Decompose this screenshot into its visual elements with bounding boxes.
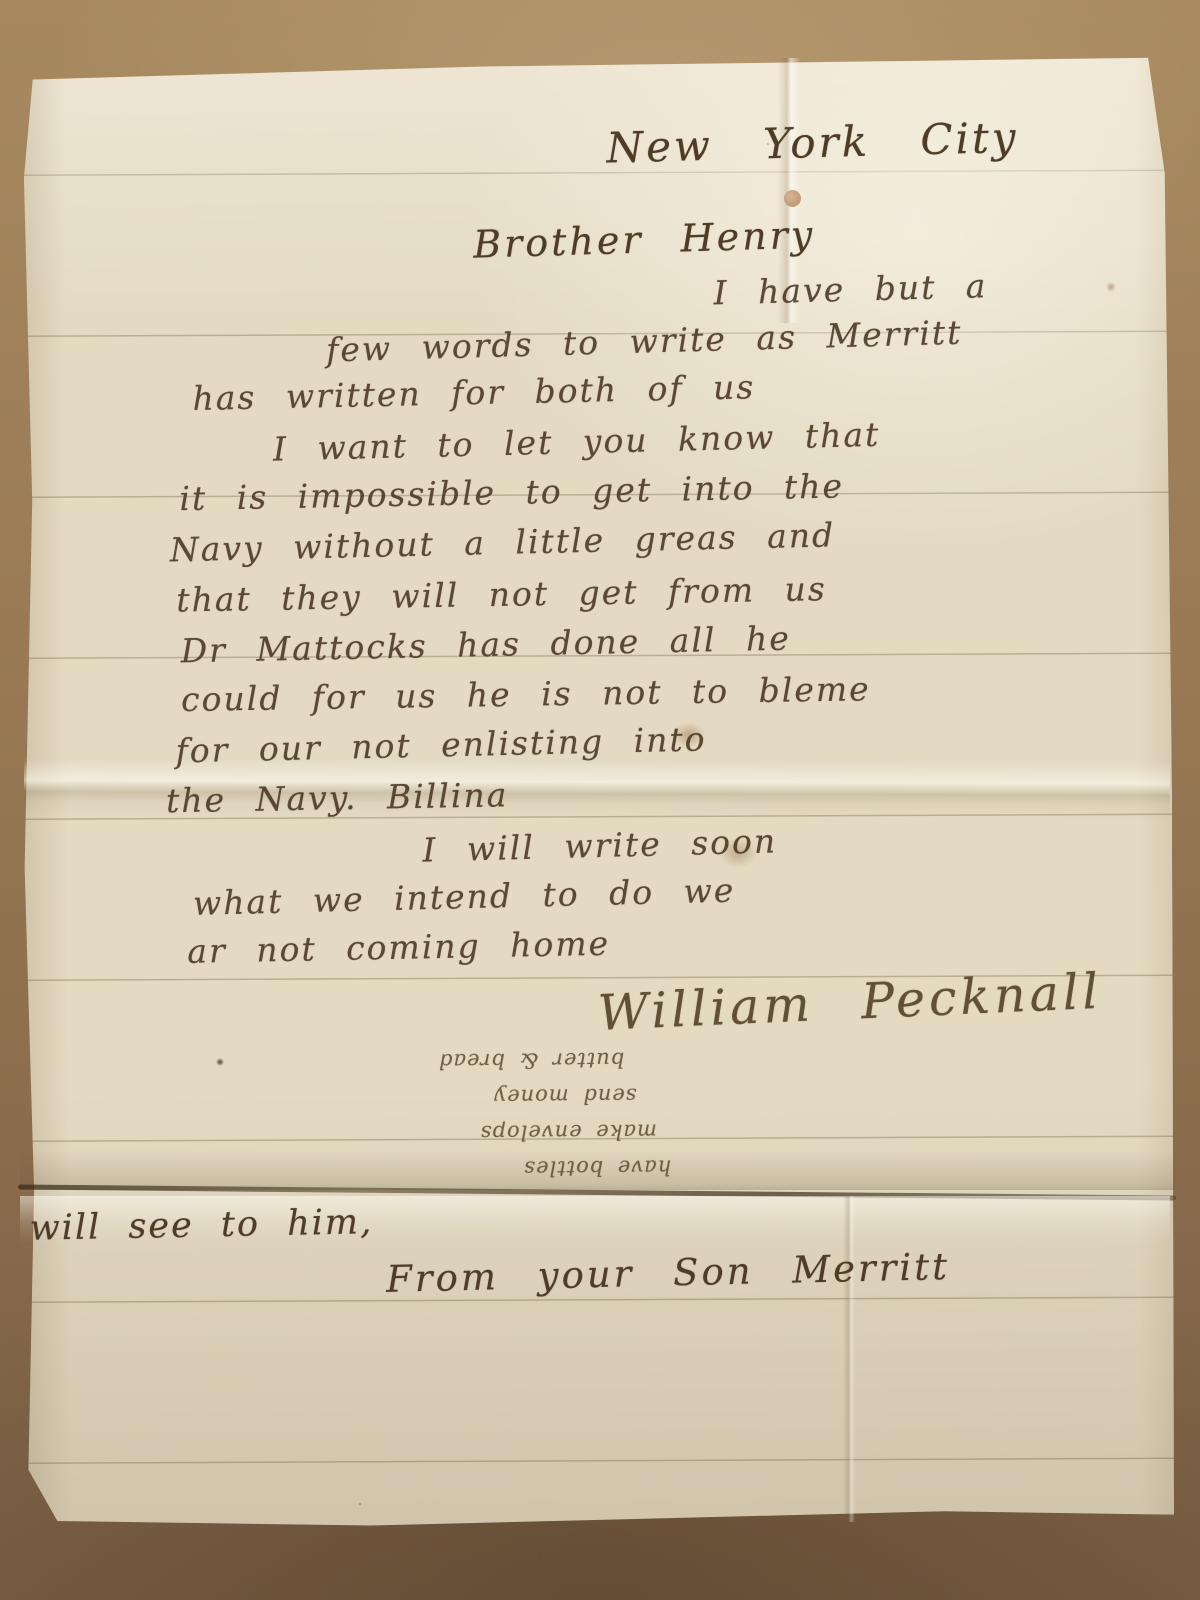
letter-line: Dr Mattocks has done all he bbox=[180, 619, 791, 671]
upside-down-side-note: have bottles make envelops send money bu… bbox=[334, 1017, 671, 1188]
letter-line: I want to let you know that bbox=[272, 415, 880, 469]
side-note-line: butter & bread bbox=[334, 1042, 624, 1081]
letter-closing: From your Son Merritt bbox=[386, 1245, 951, 1301]
letter-line: Navy without a little greas and bbox=[169, 515, 835, 569]
letter-line: for our not enlisting into bbox=[175, 719, 707, 770]
handwriting-layer: New York City Brother Henry I have but a… bbox=[0, 0, 1200, 1600]
letter-signature: William Pecknall bbox=[597, 963, 1103, 1042]
letter-place-line: New York City bbox=[606, 113, 1019, 173]
letter-postscript: will see to him, bbox=[29, 1202, 373, 1249]
letter-line: has written for both of us bbox=[192, 367, 756, 418]
letter-salutation: Brother Henry bbox=[473, 213, 816, 267]
side-note-line: have bottles bbox=[335, 1149, 671, 1188]
letter-line: that they will not get from us bbox=[176, 569, 827, 619]
letter-line: could for us he is not to bleme bbox=[181, 669, 871, 719]
letter-line: what we intend to do we bbox=[192, 871, 735, 923]
side-note-line: make envelops bbox=[335, 1114, 657, 1153]
letter-line: it is impossible to get into the bbox=[179, 466, 844, 518]
letter-line: I will write soon bbox=[422, 821, 778, 869]
photo-background: New York City Brother Henry I have but a… bbox=[0, 0, 1200, 1600]
side-note-line: send money bbox=[334, 1078, 636, 1117]
letter-line: few words to write as Merritt bbox=[326, 313, 963, 370]
letter-line: the Navy. Billina bbox=[166, 775, 509, 820]
letter-line: ar not coming home bbox=[187, 924, 610, 971]
letter-line: I have but a bbox=[713, 266, 988, 312]
